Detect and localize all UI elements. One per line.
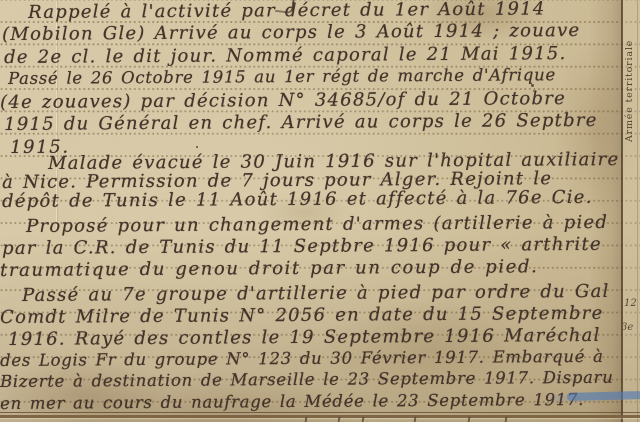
handwritten-line: Comdt Milre de Tunis N° 2056 en date du … — [0, 303, 604, 328]
handwritten-line: Bizerte à destination de Marseille le 23… — [0, 368, 614, 391]
handwritten-line: dépôt de Tunis le 11 Août 1916 et affect… — [2, 187, 593, 212]
cutoff-ascender — [468, 417, 471, 422]
cutoff-ascender — [338, 417, 341, 422]
cutoff-ascender — [414, 417, 417, 422]
cutoff-ascender — [305, 417, 308, 422]
margin-note: 3e — [621, 322, 633, 333]
handwritten-line: par la C.R. de Tunis du 11 Septbre 1916 … — [2, 234, 602, 259]
handwritten-line: traumatique du genou droit par un coup d… — [0, 256, 539, 281]
handwritten-line: 1916. Rayé des contles le 19 Septembre 1… — [8, 325, 601, 350]
record-page-scan: Rappelé à l'activité par décret du 1er A… — [0, 0, 640, 422]
handwritten-line: Passé au 7e groupe d'artillerie à pied p… — [22, 281, 610, 306]
ink-speck — [531, 84, 534, 87]
handwritten-line: des Logis Fr du groupe N° 123 du 30 Févr… — [0, 347, 604, 370]
column-divider-line — [621, 0, 623, 422]
handwritten-line: Passé le 26 Octobre 1915 au 1er régt de … — [8, 65, 556, 88]
ink-speck — [196, 146, 198, 148]
handwritten-line: (4e zouaves) par décision N° 34685/of du… — [0, 88, 566, 113]
handwritten-line: 1915 du Général en chef. Arrivé au corps… — [4, 110, 598, 135]
ink-speck — [434, 263, 436, 265]
cutoff-ascender — [505, 417, 508, 422]
handwritten-line: Rappelé à l'activité par décret du 1er A… — [28, 0, 546, 23]
handwritten-line: de 2e cl. le dit jour. Nommé caporal le … — [4, 43, 567, 68]
margin-label-armee-territoriale: Armée territoriale — [624, 10, 639, 142]
margin-note: 12 — [624, 298, 637, 309]
cutoff-ascender — [362, 417, 365, 422]
handwritten-line: Proposé pour un changement d'armes (arti… — [26, 212, 608, 237]
bottom-rule-thin — [0, 412, 640, 413]
handwritten-line: en mer au cours du naufrage la Médée le … — [0, 390, 584, 413]
handwritten-line: (Mobilon Gle) Arrivé au corps le 3 Août … — [2, 20, 580, 45]
bottom-rule-thick — [0, 415, 640, 418]
